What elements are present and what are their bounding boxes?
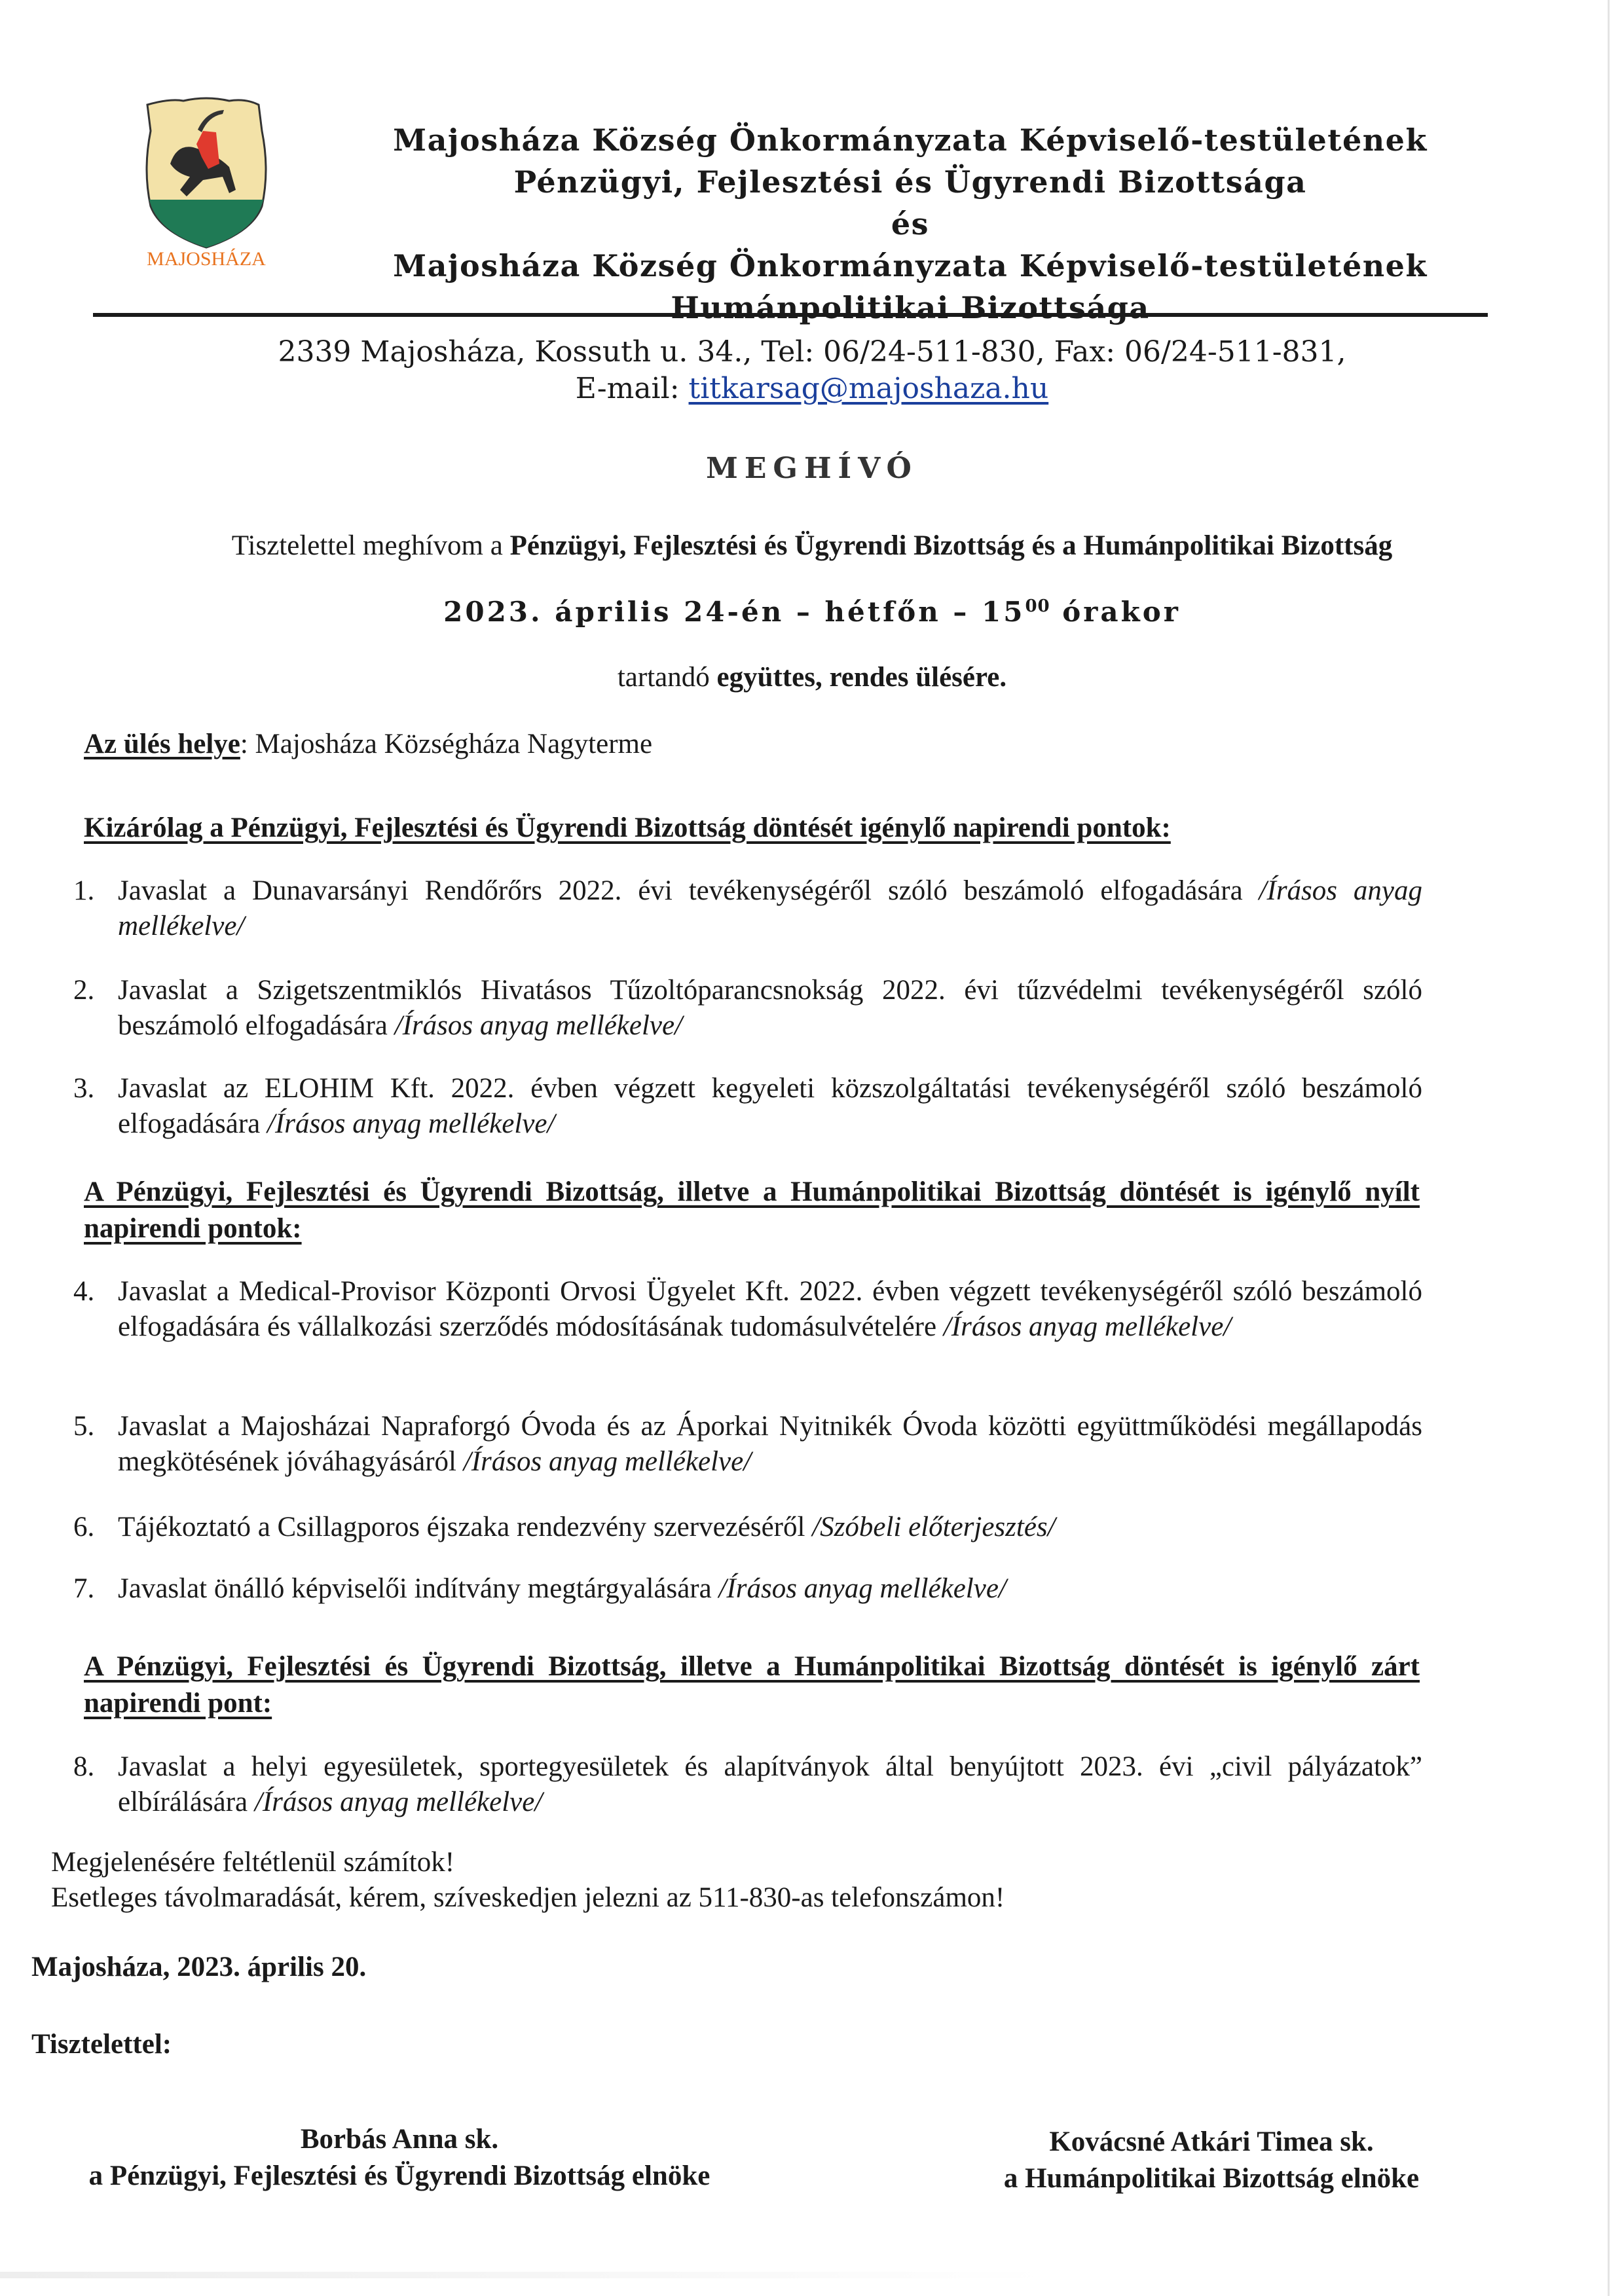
meeting-type-prefix: tartandó bbox=[618, 662, 717, 693]
coat-of-arms-logo: MAJOSHÁZA bbox=[124, 92, 288, 268]
agenda-item-number: 3. bbox=[73, 1071, 118, 1142]
invitation-committees: Pénzügyi, Fejlesztési és Ügyrendi Bizott… bbox=[510, 530, 1393, 561]
agenda-item-text: Javaslat a Szigetszentmiklós Hivatásos T… bbox=[118, 975, 1422, 1041]
scan-edge bbox=[1608, 0, 1610, 2296]
agenda-item-number: 6. bbox=[73, 1510, 118, 1545]
agenda-item-note: /Írásos anyag mellékelve/ bbox=[718, 1573, 1006, 1604]
agenda-item-note: /Írásos anyag mellékelve/ bbox=[255, 1787, 542, 1817]
letterhead-line-1: Majosháza Község Önkormányzata Képviselő… bbox=[314, 119, 1506, 161]
svg-text:MAJOSHÁZA: MAJOSHÁZA bbox=[147, 248, 266, 268]
agenda-item: 1. Javaslat a Dunavarsányi Rendőrőrs 202… bbox=[73, 873, 1422, 944]
agenda-item-note: /Írásos anyag mellékelve/ bbox=[267, 1108, 555, 1139]
signer-name: Borbás Anna sk. bbox=[39, 2121, 760, 2158]
signature-right: Kovácsné Atkári Timea sk. a Humánpolitik… bbox=[917, 2124, 1506, 2197]
agenda-item: 3. Javaslat az ELOHIM Kft. 2022. évben v… bbox=[73, 1071, 1422, 1142]
agenda-item-note: /Szóbeli előterjesztés/ bbox=[812, 1512, 1055, 1542]
agenda-item-number: 2. bbox=[73, 973, 118, 1044]
agenda-item-number: 4. bbox=[73, 1274, 118, 1345]
agenda-item: 6. Tájékoztató a Csillagporos éjszaka re… bbox=[73, 1510, 1422, 1545]
section-heading-3: A Pénzügyi, Fejlesztési és Ügyrendi Bizo… bbox=[84, 1649, 1420, 1722]
agenda-item-note: /Írásos anyag mellékelve/ bbox=[464, 1446, 751, 1477]
contact-info: 2339 Majosháza, Kossuth u. 34., Tel: 06/… bbox=[0, 334, 1624, 407]
closing-text: Megjelenésére feltétlenül számítok! Eset… bbox=[51, 1845, 1005, 1916]
agenda-item: 5. Javaslat a Majosházai Napraforgó Óvod… bbox=[73, 1409, 1422, 1480]
signer-role: a Pénzügyi, Fejlesztési és Ügyrendi Bizo… bbox=[39, 2158, 760, 2195]
meeting-datetime: 2023. április 24-én – hétfőn – 1500 órak… bbox=[0, 596, 1624, 628]
email-label: E-mail: bbox=[576, 372, 680, 405]
header-divider bbox=[93, 313, 1488, 317]
letterhead-line-3: és bbox=[314, 203, 1506, 245]
date-place: Majosháza, 2023. április 20. bbox=[31, 1951, 366, 1983]
invitation-sentence: Tisztelettel meghívom a Pénzügyi, Fejles… bbox=[0, 528, 1624, 564]
agenda-item-number: 5. bbox=[73, 1409, 118, 1480]
agenda-item: 7. Javaslat önálló képviselői indítvány … bbox=[73, 1571, 1422, 1607]
meeting-type: tartandó együttes, rendes ülésére. bbox=[0, 661, 1624, 693]
agenda-item: 8. Javaslat a helyi egyesületek, sporteg… bbox=[73, 1749, 1422, 1820]
document-title: MEGHÍVÓ bbox=[0, 452, 1624, 485]
closing-line-1: Megjelenésére feltétlenül számítok! bbox=[51, 1845, 1005, 1880]
letterhead-line-4: Majosháza Község Önkormányzata Képviselő… bbox=[314, 245, 1506, 287]
meeting-time-suffix: órakor bbox=[1050, 596, 1181, 628]
signer-role: a Humánpolitikai Bizottság elnöke bbox=[917, 2160, 1506, 2197]
agenda-item-number: 7. bbox=[73, 1571, 118, 1607]
signature-left: Borbás Anna sk. a Pénzügyi, Fejlesztési … bbox=[39, 2121, 760, 2195]
meeting-type-bold: együttes, rendes ülésére. bbox=[716, 662, 1006, 693]
regards: Tisztelettel: bbox=[31, 2028, 172, 2060]
agenda-item: 2. Javaslat a Szigetszentmiklós Hivatáso… bbox=[73, 973, 1422, 1044]
closing-line-2: Esetleges távolmaradását, kérem, szívesk… bbox=[51, 1880, 1005, 1916]
meeting-place-value: : Majosháza Községháza Nagyterme bbox=[240, 729, 652, 759]
invitation-prefix: Tisztelettel meghívom a bbox=[232, 530, 510, 561]
email-link[interactable]: titkarsag@majoshaza.hu bbox=[689, 372, 1049, 405]
address-line: 2339 Majosháza, Kossuth u. 34., Tel: 06/… bbox=[0, 334, 1624, 371]
section-heading-1: Kizárólag a Pénzügyi, Fejlesztési és Ügy… bbox=[84, 810, 1420, 847]
agenda-item-text: Javaslat a Dunavarsányi Rendőrőrs 2022. … bbox=[118, 875, 1259, 906]
signer-name: Kovácsné Atkári Timea sk. bbox=[917, 2124, 1506, 2160]
meeting-place-label: Az ülés helye bbox=[84, 729, 240, 759]
agenda-item: 4. Javaslat a Medical-Provisor Központi … bbox=[73, 1274, 1422, 1345]
section-heading-2: A Pénzügyi, Fejlesztési és Ügyrendi Bizo… bbox=[84, 1174, 1420, 1247]
agenda-item-number: 8. bbox=[73, 1749, 118, 1820]
email-line: E-mail: titkarsag@majoshaza.hu bbox=[0, 371, 1624, 407]
letterhead-line-5: Humánpolitikai Bizottsága bbox=[314, 287, 1506, 329]
agenda-item-note: /Írásos anyag mellékelve/ bbox=[395, 1010, 682, 1041]
agenda-item-text: Tájékoztató a Csillagporos éjszaka rende… bbox=[118, 1512, 812, 1542]
letterhead-title: Majosháza Község Önkormányzata Képviselő… bbox=[314, 119, 1506, 329]
letterhead-line-2: Pénzügyi, Fejlesztési és Ügyrendi Bizott… bbox=[314, 161, 1506, 203]
coat-of-arms-icon: MAJOSHÁZA bbox=[124, 92, 288, 268]
agenda-item-text: Javaslat önálló képviselői indítvány meg… bbox=[118, 1573, 718, 1604]
agenda-item-text: Javaslat a Majosházai Napraforgó Óvoda é… bbox=[118, 1411, 1422, 1477]
meeting-time-minutes: 00 bbox=[1025, 596, 1050, 616]
meeting-place: Az ülés helye: Majosháza Községháza Nagy… bbox=[84, 728, 652, 760]
agenda-item-number: 1. bbox=[73, 873, 118, 944]
meeting-date: 2023. április 24-én – hétfőn – 15 bbox=[443, 596, 1025, 628]
agenda-item-note: /Írásos anyag mellékelve/ bbox=[944, 1311, 1231, 1342]
scan-artifact bbox=[0, 2272, 1048, 2278]
